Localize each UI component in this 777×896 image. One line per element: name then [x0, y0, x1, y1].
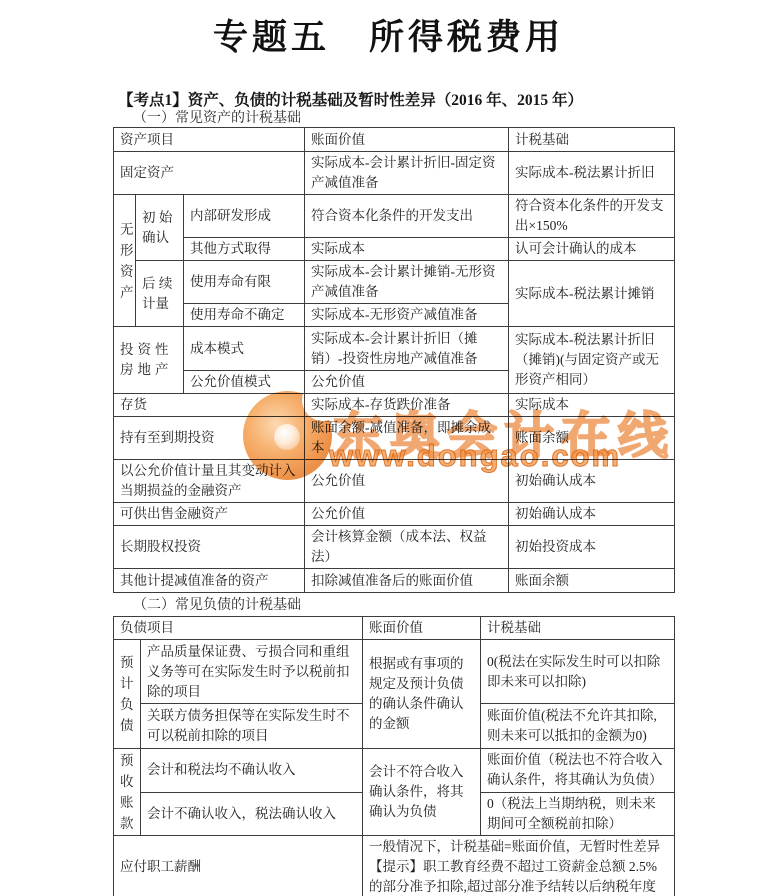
table-row: 以公允价值计量且其变动计入当期损益的金融资产 公允价值 初始确认成本 — [114, 460, 675, 503]
table-row: 其他方式取得 实际成本 认可会计确认的成本 — [114, 238, 675, 261]
table-row: 预收账款 会计和税法均不确认收入 会计不符合收入确认条件，将其确认为负债 账面价… — [114, 749, 675, 793]
group-label-advance-receipts: 预收账款 — [114, 749, 141, 836]
column-header-tax-basis: 计税基础 — [481, 617, 675, 640]
tax-basis-cell: 初始投资成本 — [509, 526, 675, 569]
tax-basis-cell: 0(税法在实际发生时可以扣除即未来可以扣除) — [481, 640, 675, 704]
table-row: 应付职工薪酬 一般情况下，计税基础=账面价值，无暂时性差异 【提示】职工教育经费… — [114, 836, 675, 896]
tax-basis-cell: 实际成本-税法累计折旧（摊销)(与固定资产或无形资产相同） — [509, 327, 675, 394]
row-label: 其他计提减值准备的资产 — [114, 569, 305, 593]
tax-basis-cell: 实际成本-税法累计摊销 — [509, 261, 675, 327]
table-header-row: 资产项目 账面价值 计税基础 — [114, 128, 675, 152]
table-row: 无形资产 初 始 确认 内部研发形成 符合资本化条件的开发支出 符合资本化条件的… — [114, 195, 675, 238]
book-value-cell: 公允价值 — [305, 503, 509, 526]
row-label: 产品质量保证费、亏损合同和重组义务等可在实际发生时予以税前扣除的项目 — [141, 640, 363, 704]
row-label: 以公允价值计量且其变动计入当期损益的金融资产 — [114, 460, 305, 503]
payroll-note-cell: 一般情况下，计税基础=账面价值，无暂时性差异 【提示】职工教育经费不超过工资薪金… — [363, 836, 675, 896]
tax-basis-cell: 账面价值（税法也不符合收入确认条件，将其确认为负债） — [481, 749, 675, 793]
row-label: 会计不确认收入，税法确认收入 — [141, 792, 363, 836]
tax-basis-cell: 实际成本-税法累计折旧 — [509, 152, 675, 195]
column-header-asset-item: 资产项目 — [114, 128, 305, 152]
column-header-book-value: 账面价值 — [363, 617, 481, 640]
table-row: 预计负债 产品质量保证费、亏损合同和重组义务等可在实际发生时予以税前扣除的项目 … — [114, 640, 675, 704]
row-label: 公允价值模式 — [184, 371, 305, 394]
liability-tax-basis-table: 负债项目 账面价值 计税基础 预计负债 产品质量保证费、亏损合同和重组义务等可在… — [113, 616, 675, 896]
section2-label: （二）常见负债的计税基础 — [133, 594, 301, 614]
table-row: 后 续 计量 使用寿命有限 实际成本-会计累计摊销-无形资产减值准备 实际成本-… — [114, 261, 675, 304]
tax-basis-cell: 0（税法上当期纳税，则未来期间可全额税前扣除） — [481, 792, 675, 836]
page-title: 专题五 所得税费用 — [0, 10, 777, 60]
book-value-cell: 会计不符合收入确认条件，将其确认为负债 — [363, 749, 481, 836]
book-value-cell: 实际成本-会计累计折旧-固定资产减值准备 — [305, 152, 509, 195]
tax-basis-cell: 账面余额 — [509, 417, 675, 460]
row-label: 使用寿命不确定 — [184, 304, 305, 327]
row-label: 可供出售金融资产 — [114, 503, 305, 526]
tax-basis-cell: 账面价值(税法不允许其扣除,则未来可以抵扣的金额为0) — [481, 704, 675, 749]
row-label: 会计和税法均不确认收入 — [141, 749, 363, 793]
group-label-investment-property: 投资性房地产 — [114, 327, 184, 394]
row-label: 内部研发形成 — [184, 195, 305, 238]
row-label: 持有至到期投资 — [114, 417, 305, 460]
row-label: 长期股权投资 — [114, 526, 305, 569]
table-row: 持有至到期投资 账面余额-减值准备，即摊余成本 账面余额 — [114, 417, 675, 460]
row-label: 使用寿命有限 — [184, 261, 305, 304]
book-value-cell: 根据或有事项的规定及预计负债的确认条件确认的金额 — [363, 640, 481, 749]
book-value-cell: 实际成本-会计累计折旧（摊销）-投资性房地产减值准备 — [305, 327, 509, 371]
section1-label: （一）常见资产的计税基础 — [133, 107, 301, 127]
book-value-cell: 实际成本-会计累计摊销-无形资产减值准备 — [305, 261, 509, 304]
column-header-book-value: 账面价值 — [305, 128, 509, 152]
group-label-intangible: 无形资产 — [114, 195, 136, 327]
tax-basis-cell: 初始确认成本 — [509, 460, 675, 503]
tax-basis-cell: 符合资本化条件的开发支出×150% — [509, 195, 675, 238]
table-row: 固定资产 实际成本-会计累计折旧-固定资产减值准备 实际成本-税法累计折旧 — [114, 152, 675, 195]
group-label-estimated-liability: 预计负债 — [114, 640, 141, 749]
table-row: 其他计提减值准备的资产 扣除减值准备后的账面价值 账面余额 — [114, 569, 675, 593]
book-value-cell: 实际成本 — [305, 238, 509, 261]
book-value-cell: 实际成本-无形资产减值准备 — [305, 304, 509, 327]
book-value-cell: 实际成本-存货跌价准备 — [305, 394, 509, 417]
book-value-cell: 符合资本化条件的开发支出 — [305, 195, 509, 238]
table-row: 投资性房地产 成本模式 实际成本-会计累计折旧（摊销）-投资性房地产减值准备 实… — [114, 327, 675, 371]
row-label: 成本模式 — [184, 327, 305, 371]
book-value-cell: 扣除减值准备后的账面价值 — [305, 569, 509, 593]
table-header-row: 负债项目 账面价值 计税基础 — [114, 617, 675, 640]
column-header-tax-basis: 计税基础 — [509, 128, 675, 152]
tax-basis-cell: 认可会计确认的成本 — [509, 238, 675, 261]
table-row: 存货 实际成本-存货跌价准备 实际成本 — [114, 394, 675, 417]
tax-basis-cell: 初始确认成本 — [509, 503, 675, 526]
asset-tax-basis-table: 资产项目 账面价值 计税基础 固定资产 实际成本-会计累计折旧-固定资产减值准备… — [113, 127, 675, 593]
book-value-cell: 账面余额-减值准备，即摊余成本 — [305, 417, 509, 460]
row-label: 关联方债务担保等在实际发生时不可以税前扣除的项目 — [141, 704, 363, 749]
book-value-cell: 会计核算金额（成本法、权益法） — [305, 526, 509, 569]
tax-basis-cell: 账面余额 — [509, 569, 675, 593]
table-row: 长期股权投资 会计核算金额（成本法、权益法） 初始投资成本 — [114, 526, 675, 569]
subgroup-label-subsequent: 后 续 计量 — [136, 261, 184, 327]
subgroup-label-initial: 初 始 确认 — [136, 195, 184, 261]
column-header-liability-item: 负债项目 — [114, 617, 363, 640]
row-label: 其他方式取得 — [184, 238, 305, 261]
book-value-cell: 公允价值 — [305, 460, 509, 503]
row-label: 应付职工薪酬 — [114, 836, 363, 896]
row-label: 存货 — [114, 394, 305, 417]
row-label: 固定资产 — [114, 152, 305, 195]
book-value-cell: 公允价值 — [305, 371, 509, 394]
tax-basis-cell: 实际成本 — [509, 394, 675, 417]
table-row: 可供出售金融资产 公允价值 初始确认成本 — [114, 503, 675, 526]
